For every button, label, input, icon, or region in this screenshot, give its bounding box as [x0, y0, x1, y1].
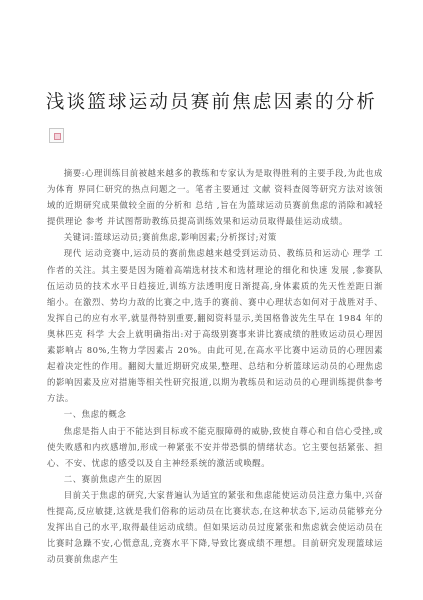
document-body: 摘要:心理训练目前被越来越多的教练和专家认为是取得胜利的主要手段,为此也成为体育… [47, 165, 383, 567]
anxiety-causes-paragraph: 目前关于焦虑的研究,大家普遍认为适宜的紧张和焦虑能使运动员注意力集中,兴奋性提高… [47, 487, 383, 567]
document-title: 浅谈篮球运动员赛前焦虑因素的分析 [0, 88, 423, 114]
section-heading-1: 一、焦虑的概念 [47, 406, 383, 422]
section-heading-2: 二、赛前焦虑产生的原因 [47, 471, 383, 487]
intro-paragraph: 现代 运动竞赛中,运动员的赛前焦虑越来越受到运动员、教练员和运动心 理学 工作者… [47, 245, 383, 406]
anxiety-concept-paragraph: 焦虑是指人由于不能达到目标或不能克服障碍的威胁,致使自尊心和自信心受挫,或使失败… [47, 423, 383, 471]
document-page: 浅谈篮球运动员赛前焦虑因素的分析 摘要:心理训练目前被越来越多的教练和专家认为是… [0, 0, 423, 600]
broken-image-icon [49, 128, 64, 143]
keywords-paragraph: 关键词:篮球运动员;赛前焦虑,影响因素;分析探讨;对策 [47, 229, 383, 245]
abstract-paragraph: 摘要:心理训练目前被越来越多的教练和专家认为是取得胜利的主要手段,为此也成为体育… [47, 165, 383, 229]
broken-image-glyph [54, 133, 61, 140]
